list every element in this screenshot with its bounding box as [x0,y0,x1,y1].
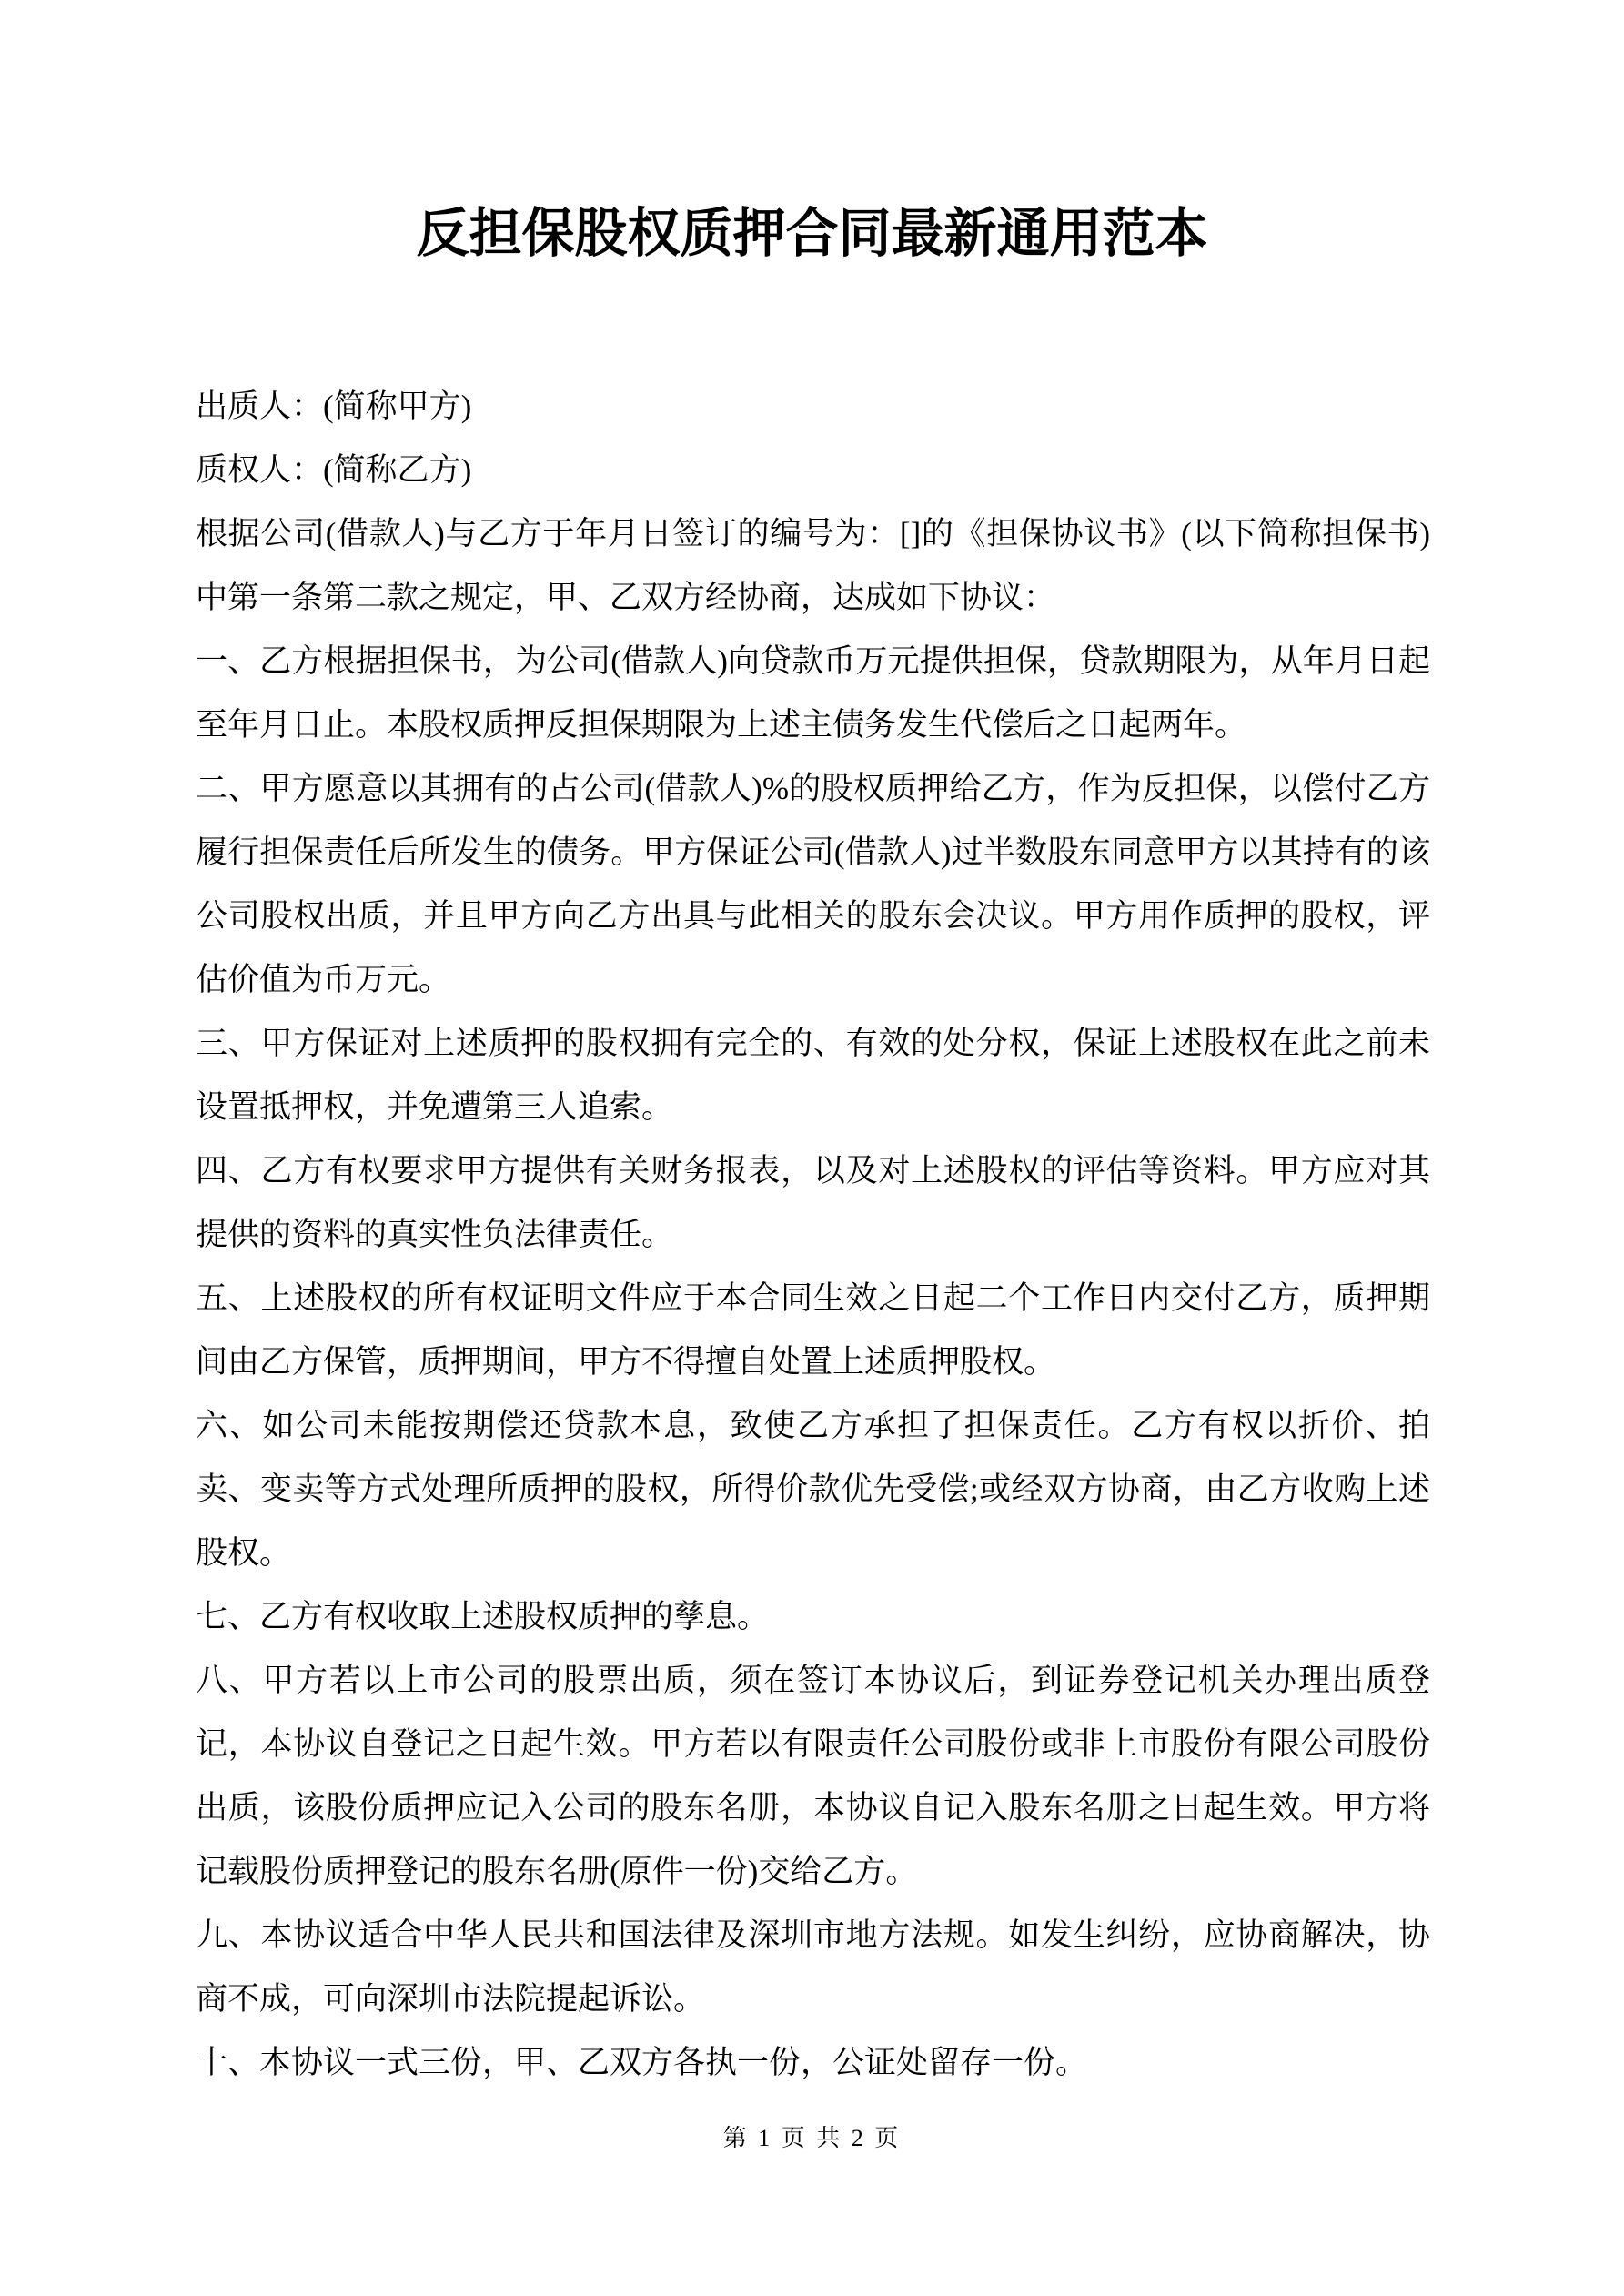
contract-paragraph: 出质人：(简称甲方) [196,375,1430,439]
contract-paragraph: 十、本协议一式三份，甲、乙双方各执一份，公证处留存一份。 [196,2031,1430,2095]
contract-paragraph: 七、乙方有权收取上述股权质押的孳息。 [196,1585,1430,1649]
document-body: 出质人：(简称甲方)质权人：(简称乙方)根据公司(借款人)与乙方于年月日签订的编… [196,375,1430,2095]
page-footer: 第 1 页 共 2 页 [0,2120,1624,2157]
contract-paragraph: 一、乙方根据担保书，为公司(借款人)向贷款币万元提供担保，贷款期限为，从年月日起… [196,630,1430,757]
contract-paragraph: 九、本协议适合中华人民共和国法律及深圳市地方法规。如发生纠纷，应协商解决，协商不… [196,1904,1430,2031]
contract-paragraph: 二、甲方愿意以其拥有的占公司(借款人)%的股权质押给乙方，作为反担保，以偿付乙方… [196,757,1430,1012]
page-number-label: 第 1 页 共 2 页 [723,2125,902,2151]
contract-paragraph: 八、甲方若以上市公司的股票出质，须在签订本协议后，到证券登记机关办理出质登记，本… [196,1649,1430,1904]
contract-paragraph: 三、甲方保证对上述质押的股权拥有完全的、有效的处分权，保证上述股权在此之前未设置… [196,1012,1430,1139]
document-title: 反担保股权质押合同最新通用范本 [0,198,1624,269]
contract-paragraph: 根据公司(借款人)与乙方于年月日签订的编号为：[]的《担保协议书》(以下简称担保… [196,502,1430,630]
contract-paragraph: 质权人：(简称乙方) [196,439,1430,502]
contract-paragraph: 五、上述股权的所有权证明文件应于本合同生效之日起二个工作日内交付乙方，质押期间由… [196,1267,1430,1394]
contract-paragraph: 六、如公司未能按期偿还贷款本息，致使乙方承担了担保责任。乙方有权以折价、拍卖、变… [196,1394,1430,1585]
contract-paragraph: 四、乙方有权要求甲方提供有关财务报表，以及对上述股权的评估等资料。甲方应对其提供… [196,1139,1430,1267]
document-page: 反担保股权质押合同最新通用范本 出质人：(简称甲方)质权人：(简称乙方)根据公司… [0,0,1624,2296]
